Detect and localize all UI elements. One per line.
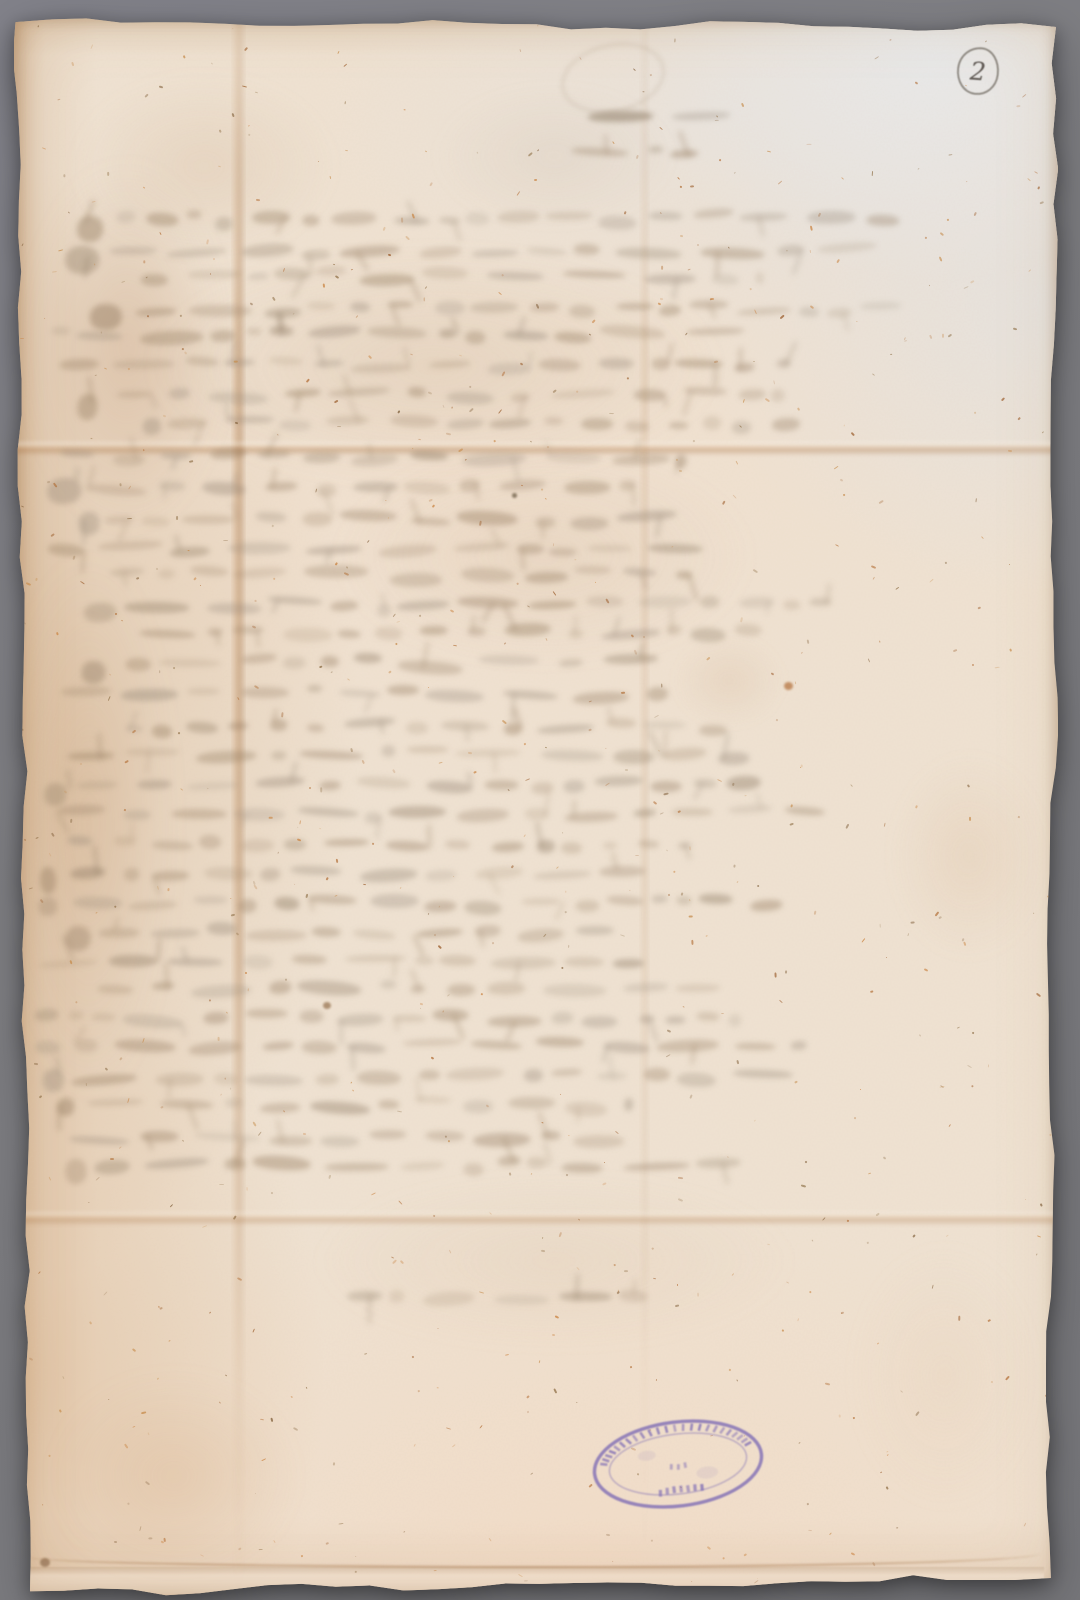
- circled-page-number: 2: [954, 45, 1002, 98]
- bleedthrough-flourish-oval: [556, 34, 671, 122]
- document-scan: 2: [0, 0, 1080, 1600]
- vertical-fold-crease-left: [231, 16, 246, 1596]
- paper-grain-overlay: [14, 16, 1058, 1596]
- bottom-sheet-crease: [26, 1552, 1040, 1568]
- stain-layer: [14, 16, 1058, 1596]
- page-number-text: 2: [969, 56, 987, 86]
- oval-archive-stamp-icon: [578, 1406, 778, 1526]
- horizontal-fold-crease-upper: [14, 440, 1058, 456]
- under-sheet-edge: [22, 1567, 1044, 1595]
- manuscript-page: 2: [14, 16, 1058, 1596]
- vertical-fold-crease-center: [639, 16, 650, 1596]
- paper-shadow-wrap: 2: [0, 0, 1080, 1600]
- paper-fiber-speckle-layer: [14, 16, 1058, 1596]
- bleedthrough-handwriting-layer: [0, 16, 1079, 1596]
- horizontal-fold-crease-lower: [14, 1210, 1058, 1226]
